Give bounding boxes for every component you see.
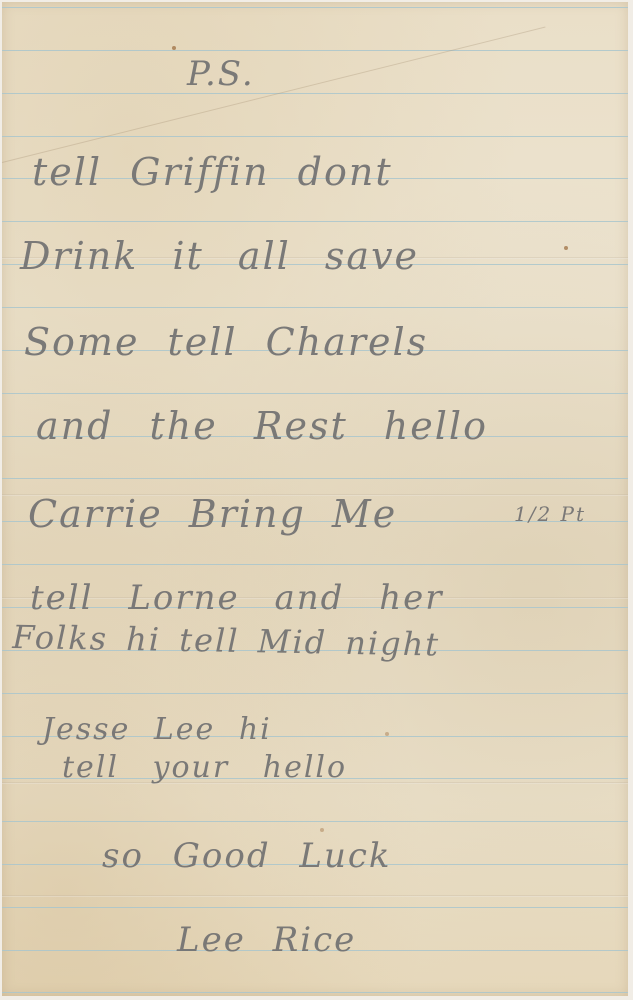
diagonal-crease (2, 27, 546, 163)
letter-line-4: and the Rest hello (36, 404, 488, 448)
signature: Lee Rice (177, 920, 356, 960)
letter-line-8: Jesse Lee hi (42, 712, 272, 747)
letter-line-7: Folks hi tell Mid night (12, 618, 440, 663)
letter-paper: P.S. tell Griffin dont Drink it all save… (2, 2, 628, 996)
ruled-line (2, 393, 628, 394)
ruled-line (2, 7, 628, 8)
ruled-line (2, 992, 628, 993)
letter-line-3: Some tell Charels (24, 320, 428, 364)
ruled-line (2, 50, 628, 51)
stain-speck (385, 732, 389, 736)
fold-crease (2, 895, 628, 897)
ruled-line (2, 907, 628, 908)
ruled-line (2, 478, 628, 479)
ruled-line (2, 93, 628, 94)
stain-speck (320, 828, 324, 832)
ruled-line (2, 821, 628, 822)
stain-speck (172, 46, 176, 50)
letter-line-6: tell Lorne and her (30, 578, 443, 618)
ruled-line (2, 693, 628, 694)
fraction-note: 1/2 Pt (514, 502, 586, 526)
letter-line-1: tell Griffin dont (32, 150, 393, 194)
letter-line-10: so Good Luck (102, 836, 392, 876)
ruled-line (2, 564, 628, 565)
letter-line-9: tell your hello (62, 750, 347, 785)
stain-speck (564, 246, 568, 250)
letter-line-2: Drink it all save (20, 234, 419, 278)
ruled-line (2, 307, 628, 308)
letter-line-5: Carrie Bring Me (28, 492, 397, 536)
ruled-line (2, 136, 628, 137)
postscript-heading: P.S. (187, 54, 255, 94)
ruled-line (2, 221, 628, 222)
